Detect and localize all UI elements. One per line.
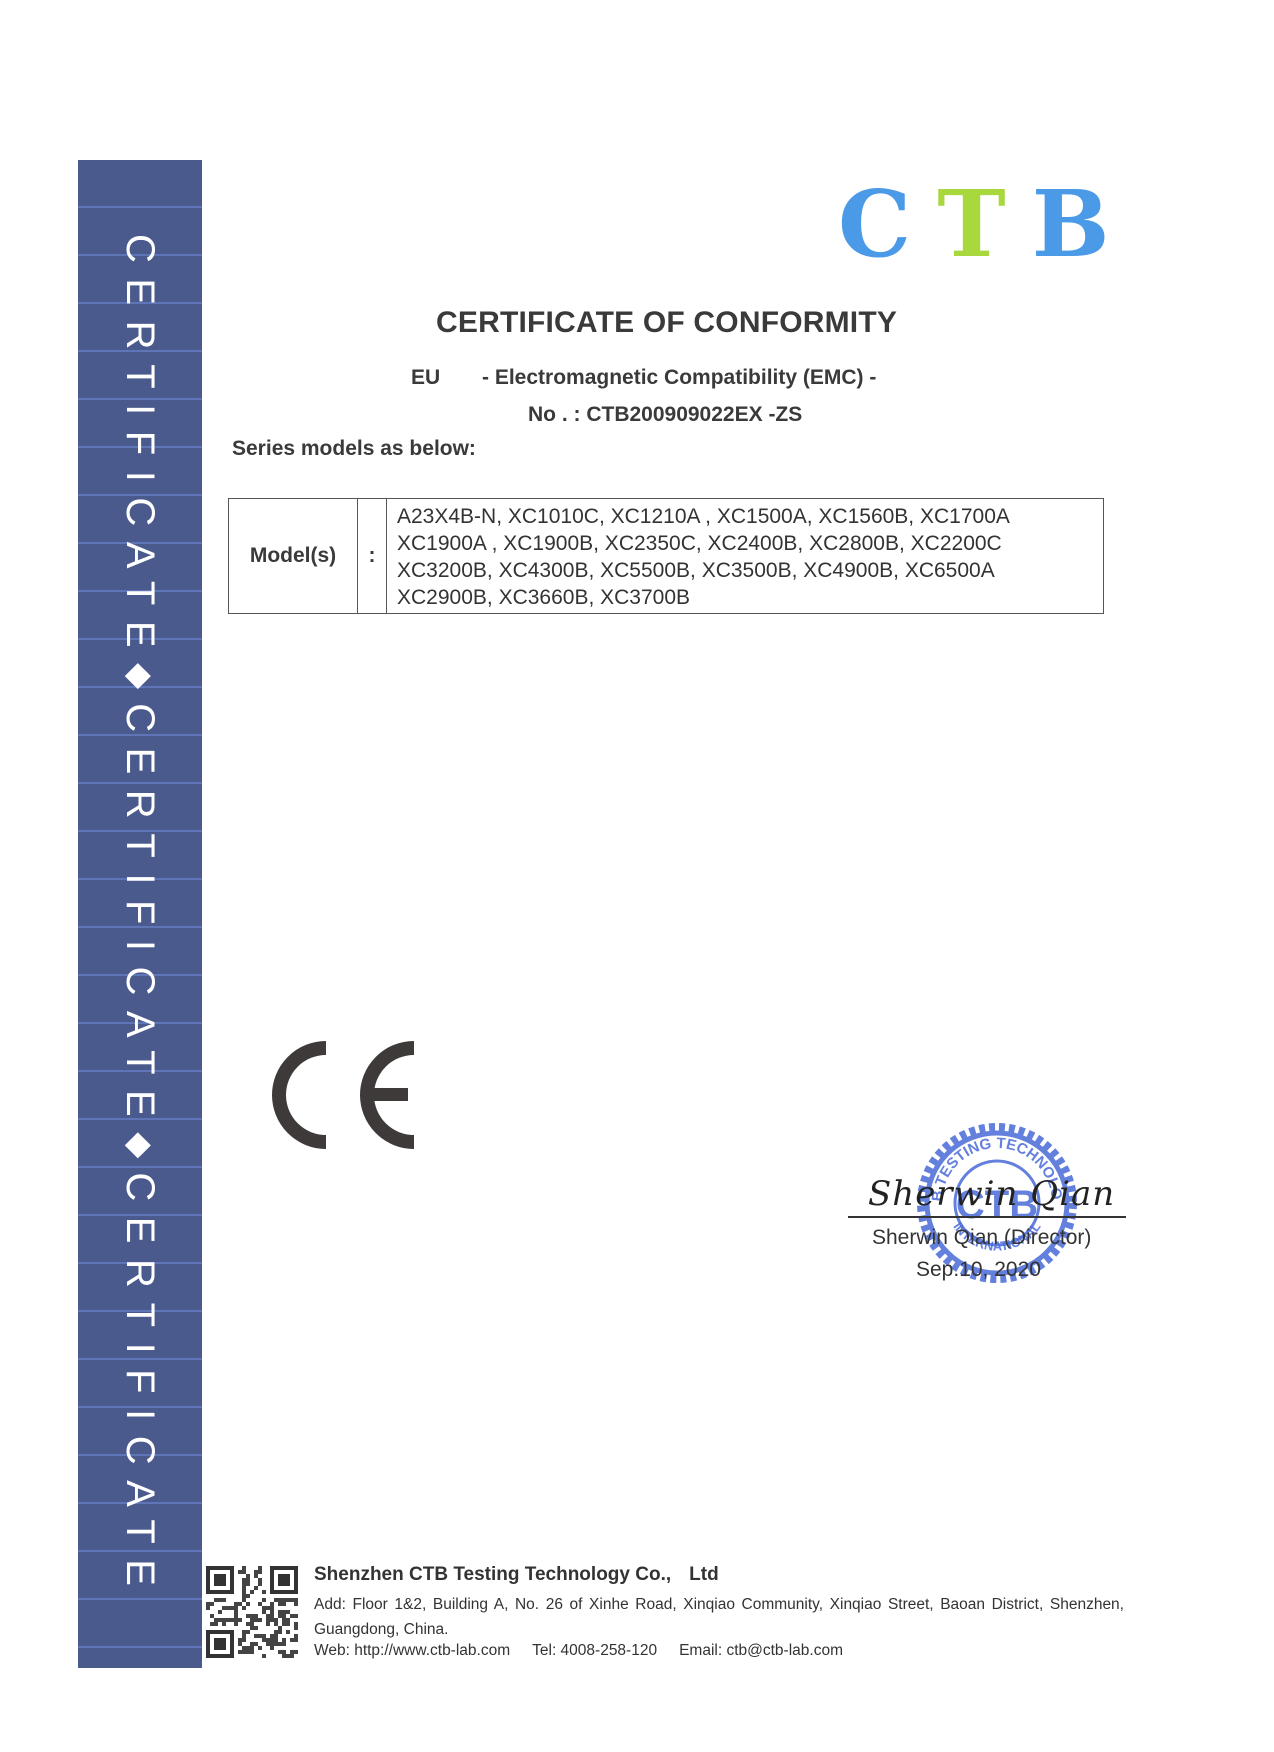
qr-code-icon <box>206 1566 298 1658</box>
models-line: XC2900B, XC3660B, XC3700B <box>397 584 1093 611</box>
models-table: Model(s) : A23X4B-N, XC1010C, XC1210A , … <box>228 498 1104 614</box>
series-models-label: Series models as below: <box>232 437 476 461</box>
website-link[interactable]: Web: http://www.ctb-lab.com <box>314 1642 510 1659</box>
sidebar-vertical-text: CERTIFICATE ◆ CERTIFICATE ◆ CERTIFICATE <box>78 160 202 1668</box>
certificate-sidebar-band: CERTIFICATE ◆ CERTIFICATE ◆ CERTIFICATE <box>78 160 202 1668</box>
models-label-cell: Model(s) <box>229 499 358 613</box>
company-name: Shenzhen CTB Testing Technology Co.,Ltd <box>314 1564 719 1586</box>
email-link[interactable]: Email: ctb@ctb-lab.com <box>679 1642 843 1659</box>
company-suffix: Ltd <box>689 1564 719 1585</box>
logo-letter-b: B <box>1032 170 1136 278</box>
ctb-logo: CTB <box>838 178 1135 270</box>
ce-mark-icon <box>268 1040 428 1150</box>
models-colon-cell: : <box>358 499 387 613</box>
company-address: Add: Floor 1&2, Building A, No. 26 of Xi… <box>314 1592 1124 1642</box>
sidebar-word: CERTIFICATE <box>118 1172 163 1601</box>
signature-line <box>848 1216 1126 1218</box>
certificate-number: No . : CTB200909022EX -ZS <box>528 403 802 427</box>
handwritten-signature: Sherwin Qian <box>868 1174 1115 1214</box>
diamond-icon: ◆ <box>120 1132 160 1158</box>
models-line: XC1900A , XC1900B, XC2350C, XC2400B, XC2… <box>397 530 1093 557</box>
company-name-text: Shenzhen CTB Testing Technology Co., <box>314 1564 671 1585</box>
models-values-cell: A23X4B-N, XC1010C, XC1210A , XC1500A, XC… <box>387 499 1103 613</box>
region-label: EU <box>411 366 440 390</box>
signature-date: Sep.10, 2020 <box>916 1258 1041 1282</box>
signer-name: Sherwin Qian (Director) <box>872 1226 1091 1250</box>
sidebar-word: CERTIFICATE <box>118 703 163 1132</box>
diamond-icon: ◆ <box>120 663 160 689</box>
certificate-title: CERTIFICATE OF CONFORMITY <box>436 306 897 340</box>
logo-letter-c: C <box>838 170 937 278</box>
company-contact: Web: http://www.ctb-lab.comTel: 4008-258… <box>314 1642 865 1660</box>
phone-number: Tel: 4008-258-120 <box>532 1642 657 1659</box>
models-line: XC3200B, XC4300B, XC5500B, XC3500B, XC49… <box>397 557 1093 584</box>
logo-letter-t: T <box>937 170 1031 278</box>
models-line: A23X4B-N, XC1010C, XC1210A , XC1500A, XC… <box>397 503 1093 530</box>
sidebar-word: CERTIFICATE <box>118 234 163 663</box>
directive-label: - Electromagnetic Compatibility (EMC) - <box>482 366 876 390</box>
